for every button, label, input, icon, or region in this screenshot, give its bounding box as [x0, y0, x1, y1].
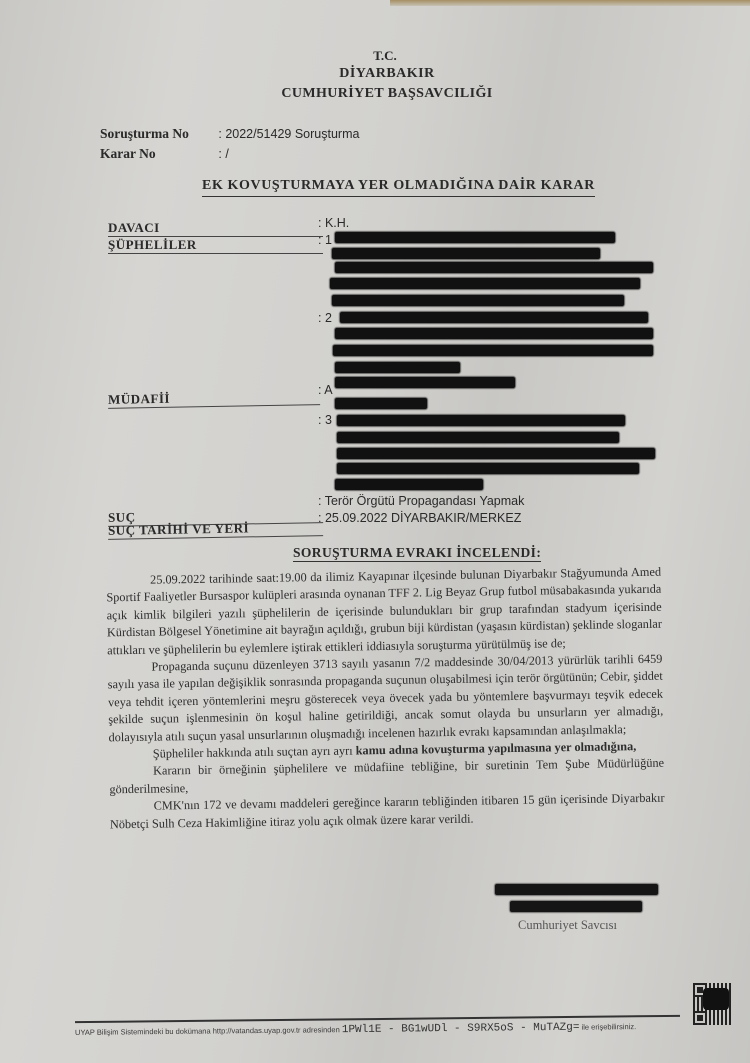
- footer-note-prefix: UYAP Bilişim Sistemindeki bu dokümana ht…: [75, 1025, 340, 1037]
- office-label: CUMHURİYET BAŞSAVCILIĞI: [12, 86, 750, 102]
- crime-value: : Terör Örgütü Propagandası Yapmak: [318, 494, 524, 508]
- qr-redaction: [703, 988, 729, 1010]
- footer-note-suffix: ile erişebilirsiniz.: [581, 1022, 636, 1032]
- decision-title: EK KOVUŞTURMAYA YER OLMADIĞINA DAİR KARA…: [202, 178, 595, 197]
- republic-label: T.C.: [10, 48, 750, 64]
- redaction-bar: [333, 345, 653, 356]
- suspects-value: : 1: [318, 233, 332, 247]
- plaintiff-label: DAVACI: [108, 220, 323, 237]
- table-edge: [390, 0, 750, 6]
- investigation-number-label: Soruşturma No: [100, 126, 215, 142]
- paragraph-incident: 25.09.2022 tarihinde saat:19.00 da ilimi…: [106, 564, 662, 660]
- investigation-number-row: Soruşturma No : 2022/51429 Soruşturma: [100, 126, 359, 142]
- redaction-bar: [340, 312, 648, 323]
- investigation-number-value: : 2022/51429 Soruşturma: [218, 127, 359, 141]
- qr-finder-icon: [693, 1011, 707, 1025]
- suspects-label: ŞÜPHELİLER: [108, 237, 323, 254]
- plaintiff-value: : K.H.: [318, 216, 349, 230]
- city-label: DİYARBAKIR: [12, 66, 750, 82]
- redaction-bar: [337, 463, 639, 474]
- redaction-bar: [332, 248, 600, 259]
- suspect-2-marker: : 2: [318, 311, 332, 325]
- signature-title: Cumhuriyet Savcısı: [518, 918, 617, 933]
- crime-date-value: : 25.09.2022 DİYARBAKIR/MERKEZ: [318, 511, 521, 525]
- redaction-bar: [335, 262, 653, 273]
- decision-text-bold: kamu adına kovuşturma yapılmasına yer ol…: [356, 739, 637, 757]
- redaction-bar: [337, 448, 655, 459]
- defense-value: : A: [318, 383, 333, 397]
- redaction-bar: [335, 377, 515, 388]
- redaction-bar: [335, 328, 653, 339]
- decision-number-value: : /: [218, 147, 228, 161]
- signature-redaction: [510, 901, 642, 912]
- redaction-bar: [337, 432, 619, 443]
- paragraph-legal-assessment: Propaganda suçunu düzenleyen 3713 sayılı…: [107, 651, 663, 747]
- section-title: SORUŞTURMA EVRAKI İNCELENDİ:: [293, 545, 541, 562]
- decision-number-row: Karar No : /: [100, 146, 229, 162]
- document-body: 25.09.2022 tarihinde saat:19.00 da ilimi…: [106, 564, 665, 834]
- decision-number-label: Karar No: [100, 146, 215, 162]
- redaction-bar: [332, 295, 624, 306]
- redaction-bar: [330, 278, 640, 289]
- signature-redaction: [495, 884, 658, 895]
- verification-code: 1PWl1E - BG1wUDl - S9RX5oS - MuTAZg=: [342, 1022, 580, 1036]
- redaction-bar: [335, 398, 427, 409]
- redaction-bar: [337, 415, 625, 426]
- qr-code-icon: [693, 983, 733, 1025]
- decision-text: Şüpheliler hakkında atılı suçtan ayrı ay…: [153, 744, 356, 761]
- defense-3-marker: : 3: [318, 413, 332, 427]
- redaction-bar: [335, 362, 460, 373]
- redaction-bar: [335, 232, 615, 243]
- redaction-bar: [335, 479, 483, 490]
